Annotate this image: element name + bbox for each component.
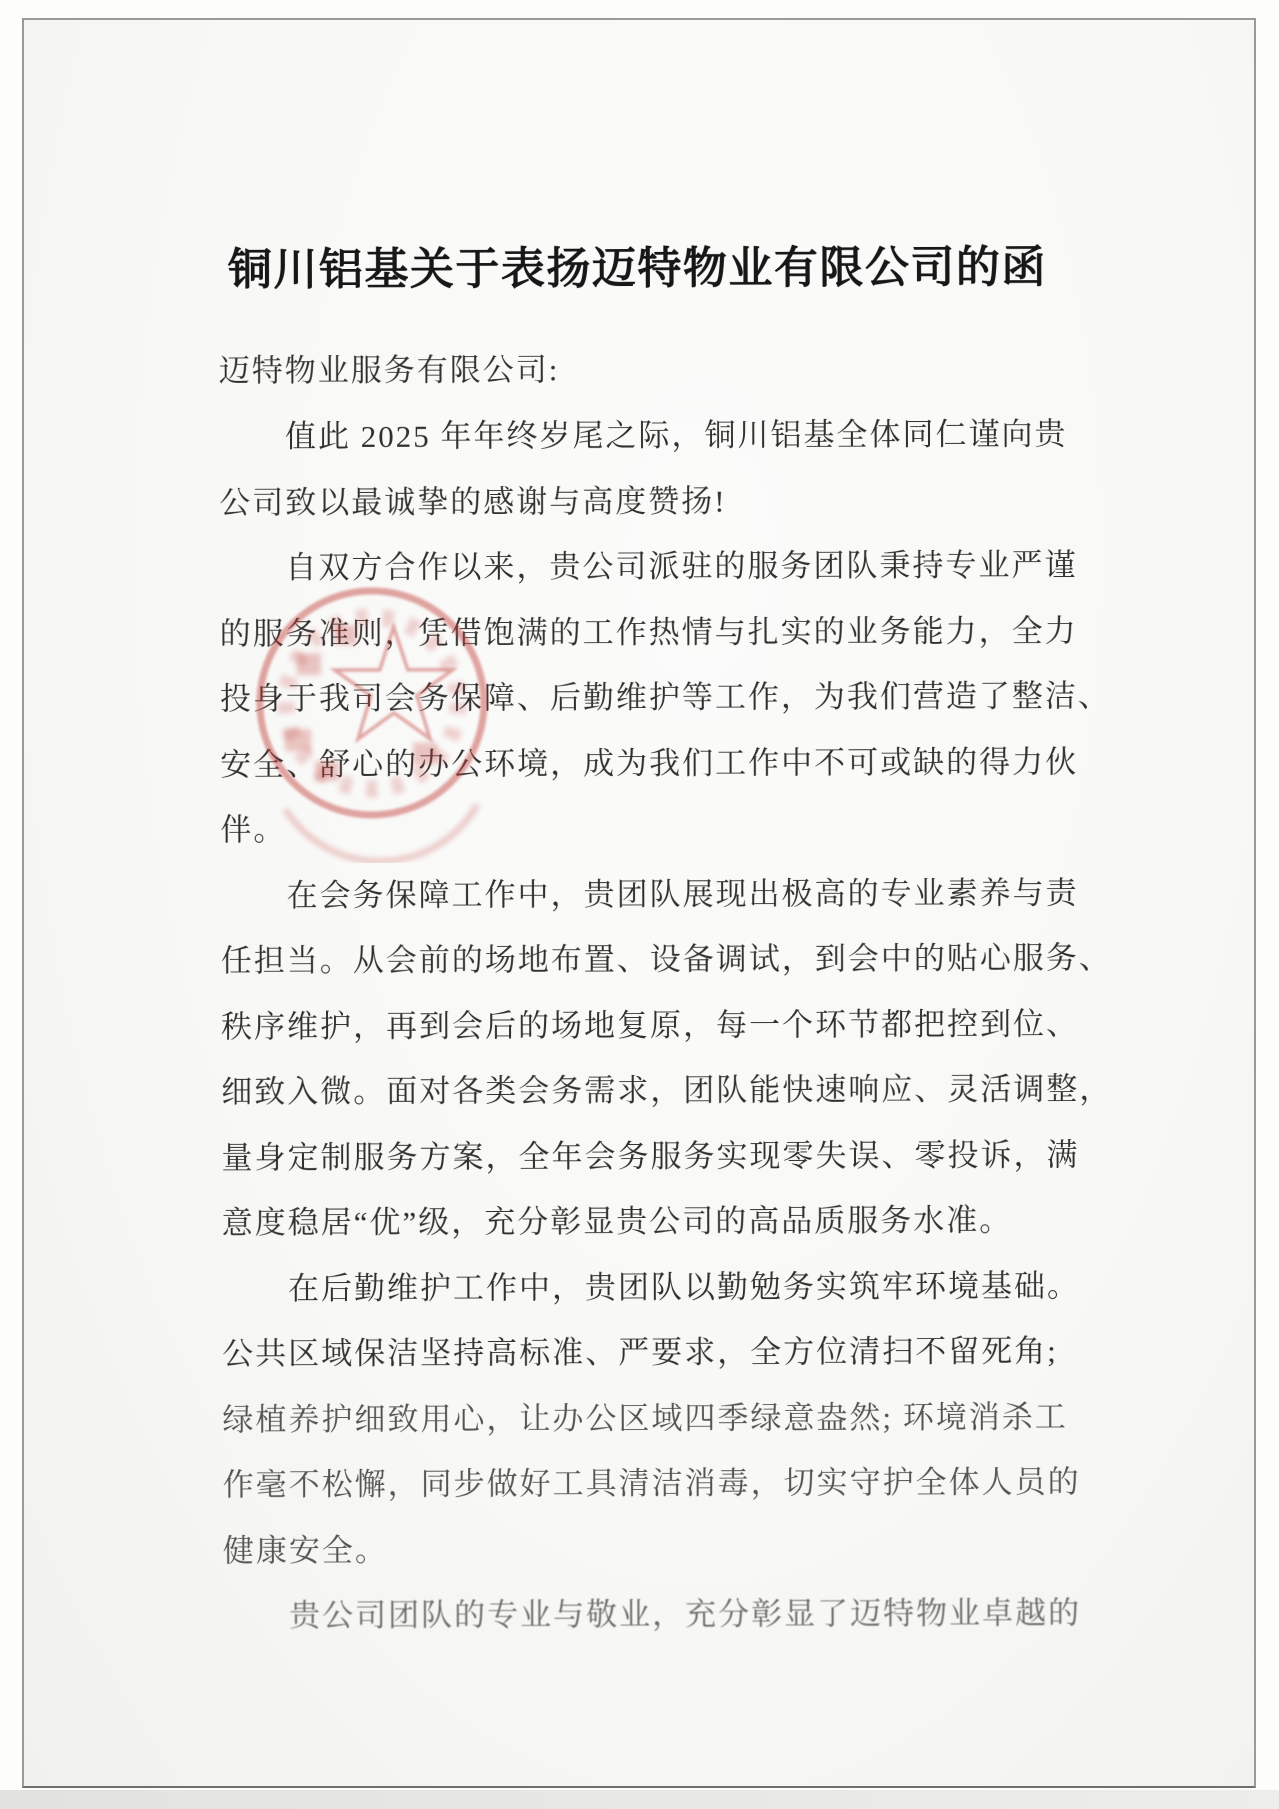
letter-line: 值此 2025 年年终岁尾之际，铜川铝基全体同仁谨向贵 xyxy=(219,401,1139,470)
photo-bottom-edge xyxy=(0,1790,1279,1809)
letter-line: 绿植养护细致用心，让办公区域四季绿意盎然; 环境消杀工 xyxy=(222,1384,1142,1453)
letter-line: 任担当。从会前的场地布置、设备调试，到会中的贴心服务、 xyxy=(221,925,1141,994)
letter-line: 秩序维护，再到会后的场地复原，每一个环节都把控到位、 xyxy=(221,991,1141,1060)
screenshot-canvas: { "document": { "title": "铜川铝基关于表扬迈特物业有限… xyxy=(0,0,1279,1809)
letter-paper: 铜川铝基关于表扬迈特物业有限公司的函 迈特物业服务有限公司: 值此 2025 年… xyxy=(22,18,1256,1788)
official-seal-icon xyxy=(206,532,537,863)
letter-line: 细致入微。面对各类会务需求，团队能快速响应、灵活调整， xyxy=(221,1056,1141,1125)
letter-line: 健康安全。 xyxy=(223,1515,1143,1584)
letter-line: 作毫不松懈，同步做好工具清洁消毒，切实守护全体人员的 xyxy=(223,1449,1143,1518)
letter-line: 贵公司团队的专业与敬业，充分彰显了迈特物业卓越的 xyxy=(223,1580,1143,1649)
letter-line: 在后勤维护工作中，贵团队以勤勉务实筑牢环境基础。 xyxy=(222,1253,1142,1322)
letter-line: 意度稳居“优”级，充分彰显贵公司的高品质服务水准。 xyxy=(222,1187,1142,1256)
letter-line: 在会务保障工作中，贵团队展现出极高的专业素养与责 xyxy=(220,860,1140,929)
letter-title: 铜川铝基关于表扬迈特物业有限公司的函 xyxy=(22,230,1252,298)
letter-line: 量身定制服务方案，全年会务服务实现零失误、零投诉，满 xyxy=(221,1122,1141,1191)
photo-background: 铜川铝基关于表扬迈特物业有限公司的函 迈特物业服务有限公司: 值此 2025 年… xyxy=(0,0,1279,1809)
page-content: 铜川铝基关于表扬迈特物业有限公司的函 迈特物业服务有限公司: 值此 2025 年… xyxy=(22,18,1258,1788)
letter-line: 公司致以最诚挚的感谢与高度赞扬! xyxy=(219,467,1139,536)
salutation: 迈特物业服务有限公司: xyxy=(219,335,1139,404)
letter-line: 公共区域保洁坚持高标准、严要求，全方位清扫不留死角; xyxy=(222,1318,1142,1387)
